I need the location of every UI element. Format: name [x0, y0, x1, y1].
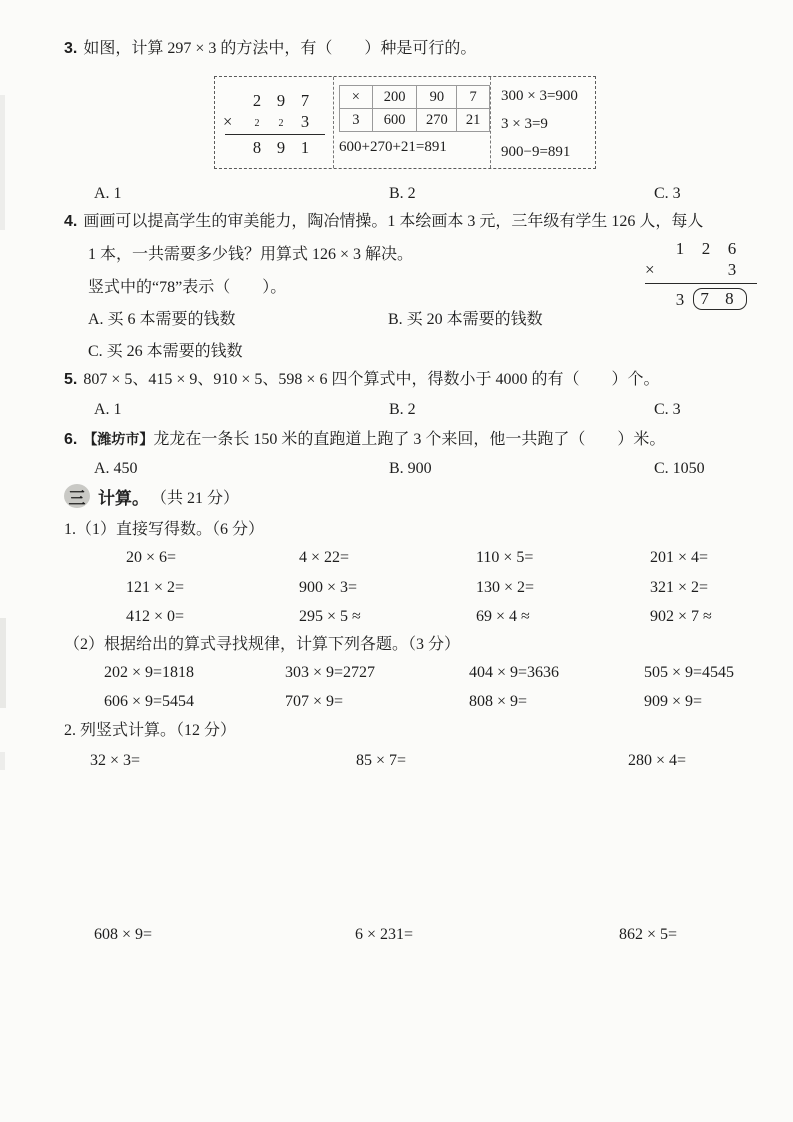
option-c: C. 3 [654, 183, 765, 205]
question-number: 3. [64, 40, 77, 57]
calc3-label: 2. 列竖式计算。（12 分） [64, 720, 765, 742]
multiply-sign: × [223, 111, 245, 132]
digit: 9 [269, 137, 293, 158]
expression: 412 × 0= [126, 606, 299, 628]
question-text: 807 × 5、415 × 9、910 × 5、598 × 6 四个算式中，得数… [83, 371, 659, 388]
digit: 2 [245, 90, 269, 111]
expression: 4 × 22= [299, 547, 476, 569]
option-a: A. 买 6 本需要的钱数 [88, 309, 388, 331]
scan-smudge [0, 95, 5, 230]
option-c: C. 3 [654, 399, 765, 421]
question-text: 竖式中的“78”表示（ ）。 [88, 279, 286, 296]
table-cell: 600 [372, 109, 417, 132]
expression: 110 × 5= [476, 547, 650, 569]
calc3-row2: 608 × 9= 6 × 231= 862 × 5= [64, 924, 765, 946]
expression: 902 × 7 ≈ [650, 606, 765, 628]
question-text: 龙龙在一条长 150 米的直跑道上跑了 3 个来回，他一共跑了（ ）米。 [153, 431, 665, 448]
option-a: A. 450 [94, 458, 389, 480]
expression: 808 × 9= [469, 691, 644, 713]
digit: 3 [293, 111, 317, 132]
question-5: 5.807 × 5、415 × 9、910 × 5、598 × 6 四个算式中，… [64, 369, 765, 391]
option-b: B. 2 [389, 399, 654, 421]
partial-products-table: × 200 90 7 3 600 270 21 [339, 85, 490, 132]
question-text: 画画可以提高学生的审美能力，陶冶情操。1 本绘画本 3 元，三年级有学生 126… [83, 213, 703, 230]
expression: 606 × 9=5454 [104, 691, 285, 713]
q5-options: A. 1 B. 2 C. 3 [64, 399, 765, 421]
q6-options: A. 450 B. 900 C. 1050 [64, 458, 765, 480]
calc1-row: 121 × 2= 900 × 3= 130 × 2= 321 × 2= [64, 577, 765, 599]
option-c: C. 1050 [654, 458, 765, 480]
scan-smudge [0, 752, 5, 770]
carry-digit: 2 [245, 117, 269, 132]
expression: 121 × 2= [126, 577, 299, 599]
table-cell: 270 [417, 109, 457, 132]
expression: 321 × 2= [650, 577, 765, 599]
expression: 69 × 4 ≈ [476, 606, 650, 628]
digit: 7 [293, 90, 317, 111]
q3-figure-box: 2 9 7 × 2 2 3 8 9 1 [214, 76, 596, 169]
expression: 130 × 2= [476, 577, 650, 599]
expression: 608 × 9= [94, 924, 355, 946]
section-title: 计算。 [98, 484, 149, 509]
table-cell: 7 [457, 86, 490, 109]
question-4: 4.画画可以提高学生的审美能力，陶冶情操。1 本绘画本 3 元，三年级有学生 1… [64, 211, 765, 233]
digit: 8 [245, 137, 269, 158]
question-4-line2: 1 本，一共需要多少钱？用算式 126 × 3 解决。 [64, 244, 765, 266]
expression: 303 × 9=2727 [285, 662, 469, 684]
carry-digit: 2 [269, 117, 293, 132]
label-text: 2. 列竖式计算。（12 分） [64, 722, 236, 739]
q3-options: A. 1 B. 2 C. 3 [64, 183, 765, 205]
question-3: 3.如图，计算 297 × 3 的方法中，有（ ）种是可行的。 [64, 38, 765, 60]
digit: 9 [269, 90, 293, 111]
sum-equation: 600+270+21=891 [339, 139, 490, 156]
expression: 295 × 5 ≈ [299, 606, 476, 628]
expression: 909 × 9= [644, 691, 765, 713]
option-a: A. 1 [94, 399, 389, 421]
label-text: （2）根据给出的算式寻找规律，计算下列各题。（3 分） [64, 636, 460, 653]
expression: 280 × 4= [628, 750, 765, 772]
label-text: 1.（1）直接写得数。（6 分） [64, 521, 264, 538]
option-c: C. 买 26 本需要的钱数 [88, 343, 243, 360]
calc2-row: 606 × 9=5454 707 × 9= 808 × 9= 909 × 9= [64, 691, 765, 713]
expression: 32 × 3= [90, 750, 356, 772]
table-cell: 200 [372, 86, 417, 109]
rule-line [225, 134, 325, 135]
option-b: B. 2 [389, 183, 654, 205]
question-number: 5. [64, 371, 77, 388]
question-6: 6.【潍坊市】龙龙在一条长 150 米的直跑道上跑了 3 个来回，他一共跑了（ … [64, 428, 765, 451]
table-cell: 21 [457, 109, 490, 132]
expression: 85 × 7= [356, 750, 628, 772]
table-cell: 3 [340, 109, 373, 132]
q3-figure-table-method: × 200 90 7 3 600 270 21 600+270+21=891 [333, 77, 491, 168]
question-text: 如图，计算 297 × 3 的方法中，有（ ）种是可行的。 [83, 40, 476, 57]
equation: 900−9=891 [501, 142, 595, 162]
calc3-row1: 32 × 3= 85 × 7= 280 × 4= [64, 750, 765, 772]
expression: 505 × 9=4545 [644, 662, 765, 684]
option-b: B. 买 20 本需要的钱数 [388, 309, 765, 331]
calc2-row: 202 × 9=1818 303 × 9=2727 404 × 9=3636 5… [64, 662, 765, 684]
calc1-label: 1.（1）直接写得数。（6 分） [64, 519, 765, 541]
expression: 201 × 4= [650, 547, 765, 569]
section-badge: 三 [64, 484, 90, 508]
expression: 202 × 9=1818 [104, 662, 285, 684]
section-header: 三 计算。 （共 21 分） [64, 483, 765, 509]
q4-options-ab: A. 买 6 本需要的钱数 B. 买 20 本需要的钱数 [64, 309, 765, 331]
equation: 300 × 3=900 [501, 86, 595, 106]
table-cell: 90 [417, 86, 457, 109]
digit: 1 [293, 137, 317, 158]
table-cell: × [340, 86, 373, 109]
q4-option-c: C. 买 26 本需要的钱数 [64, 341, 765, 363]
question-text: 1 本，一共需要多少钱？用算式 126 × 3 解决。 [88, 246, 413, 263]
calc2-label: （2）根据给出的算式寻找规律，计算下列各题。（3 分） [64, 634, 765, 656]
scan-smudge [0, 618, 6, 708]
q3-figure-estimate-method: 300 × 3=900 3 × 3=9 900−9=891 [491, 77, 595, 168]
question-4-line3: 竖式中的“78”表示（ ）。 [64, 277, 765, 299]
calc1-row: 20 × 6= 4 × 22= 110 × 5= 201 × 4= [64, 547, 765, 569]
option-b: B. 900 [389, 458, 654, 480]
worksheet-page: 1 2 6 × 3 3 7 8 3.如图，计算 297 × 3 的方法中，有（ … [0, 0, 793, 1122]
expression: 6 × 231= [355, 924, 619, 946]
expression: 404 × 9=3636 [469, 662, 644, 684]
expression: 900 × 3= [299, 577, 476, 599]
section-score: （共 21 分） [151, 485, 239, 508]
equation: 3 × 3=9 [501, 114, 595, 134]
calc1-row: 412 × 0= 295 × 5 ≈ 69 × 4 ≈ 902 × 7 ≈ [64, 606, 765, 628]
q3-figure-vertical-method: 2 9 7 × 2 2 3 8 9 1 [215, 77, 333, 168]
expression: 862 × 5= [619, 924, 765, 946]
expression: 707 × 9= [285, 691, 469, 713]
question-number: 6. [64, 431, 77, 448]
question-number: 4. [64, 213, 77, 230]
region-tag: 【潍坊市】 [83, 431, 153, 447]
expression: 20 × 6= [126, 547, 299, 569]
option-a: A. 1 [94, 183, 389, 205]
